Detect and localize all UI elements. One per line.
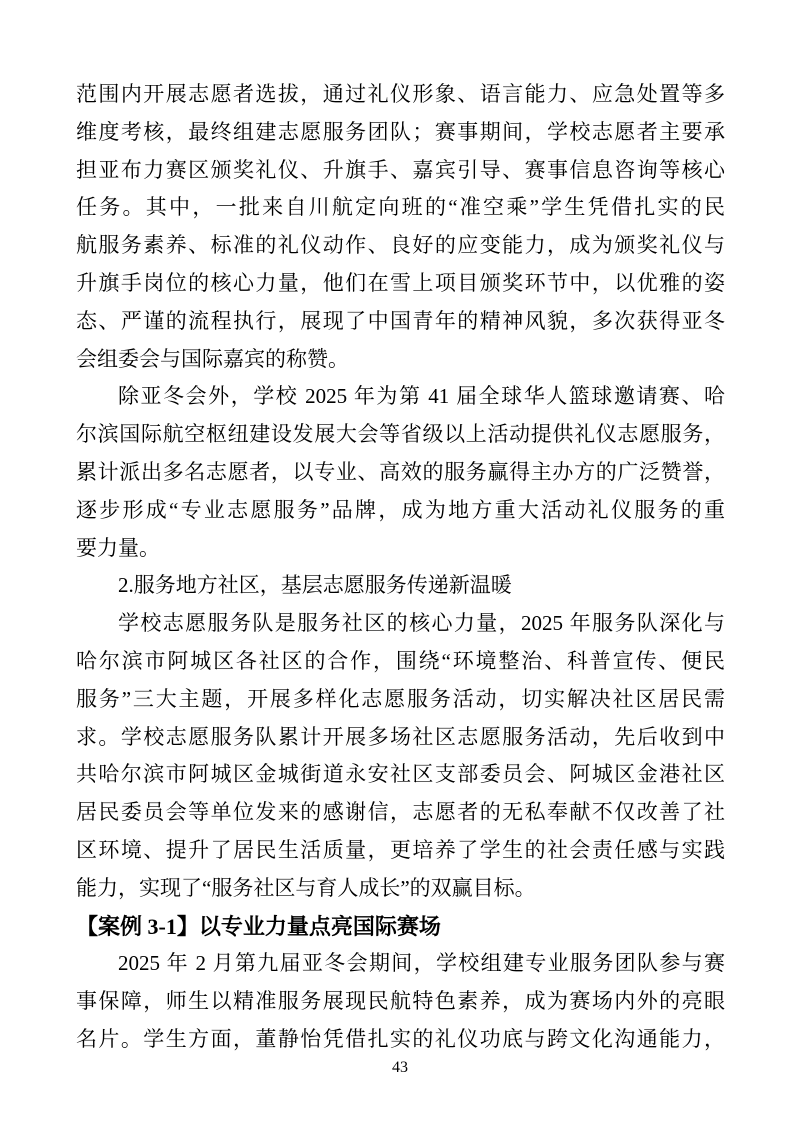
text-line: 事保障，师生以精准服务展现民航特色素养，成为赛场内外的亮眼 bbox=[76, 983, 725, 1021]
text-line: 维度考核，最终组建志愿服务团队；赛事期间，学校志愿者主要承 bbox=[76, 114, 725, 152]
text-line: 升旗手岗位的核心力量，他们在雪上项目颁奖环节中，以优雅的姿 bbox=[76, 265, 725, 303]
case-study-heading: 【案例 3-1】以专业力量点亮国际赛场 bbox=[76, 908, 725, 946]
text-line: 航服务素养、标准的礼仪动作、良好的应变能力，成为颁奖礼仪与 bbox=[76, 227, 725, 265]
text-line: 居民委员会等单位发来的感谢信，志愿者的无私奉献不仅改善了社 bbox=[76, 794, 725, 832]
text-line: 2025 年 2 月第九届亚冬会期间，学校组建专业服务团队参与赛 bbox=[76, 945, 725, 983]
text-line: 要力量。 bbox=[76, 530, 725, 568]
text-line: 尔滨国际航空枢纽建设发展大会等省级以上活动提供礼仪志愿服务， bbox=[76, 416, 725, 454]
text-line: 会组委会与国际嘉宾的称赞。 bbox=[76, 341, 725, 379]
text-line: 求。学校志愿服务队累计开展多场社区志愿服务活动，先后收到中 bbox=[76, 719, 725, 757]
text-line: 累计派出多名志愿者，以专业、高效的服务赢得主办方的广泛赞誉， bbox=[76, 454, 725, 492]
text-line: 除亚冬会外，学校 2025 年为第 41 届全球华人篮球邀请赛、哈 bbox=[76, 378, 725, 416]
text-line: 学校志愿服务队是服务社区的核心力量，2025 年服务队深化与 bbox=[76, 605, 725, 643]
document-page: 范围内开展志愿者选拔，通过礼仪形象、语言能力、应急处置等多 维度考核，最终组建志… bbox=[0, 0, 800, 1131]
text-line: 逐步形成“专业志愿服务”品牌，成为地方重大活动礼仪服务的重 bbox=[76, 492, 725, 530]
text-line: 服务”三大主题，开展多样化志愿服务活动，切实解决社区居民需 bbox=[76, 681, 725, 719]
text-line: 区环境、提升了居民生活质量，更培养了学生的社会责任感与实践 bbox=[76, 832, 725, 870]
text-line: 名片。学生方面，董静怡凭借扎实的礼仪功底与跨文化沟通能力， bbox=[76, 1021, 725, 1059]
page-footer: 43 bbox=[0, 1057, 800, 1079]
text-line: 担亚布力赛区颁奖礼仪、升旗手、嘉宾引导、赛事信息咨询等核心 bbox=[76, 152, 725, 190]
section-subheading: 2.服务地方社区，基层志愿服务传递新温暖 bbox=[76, 567, 725, 605]
text-line: 能力，实现了“服务社区与育人成长”的双赢目标。 bbox=[76, 870, 725, 908]
text-line: 哈尔滨市阿城区各社区的合作，围绕“环境整治、科普宣传、便民 bbox=[76, 643, 725, 681]
text-line: 任务。其中，一批来自川航定向班的“准空乘”学生凭借扎实的民 bbox=[76, 189, 725, 227]
document-body: 范围内开展志愿者选拔，通过礼仪形象、语言能力、应急处置等多 维度考核，最终组建志… bbox=[76, 76, 725, 1059]
text-line: 范围内开展志愿者选拔，通过礼仪形象、语言能力、应急处置等多 bbox=[76, 76, 725, 114]
text-line: 共哈尔滨市阿城区金城街道永安社区支部委员会、阿城区金港社区 bbox=[76, 756, 725, 794]
text-line: 态、严谨的流程执行，展现了中国青年的精神风貌，多次获得亚冬 bbox=[76, 303, 725, 341]
page-number: 43 bbox=[392, 1059, 408, 1076]
